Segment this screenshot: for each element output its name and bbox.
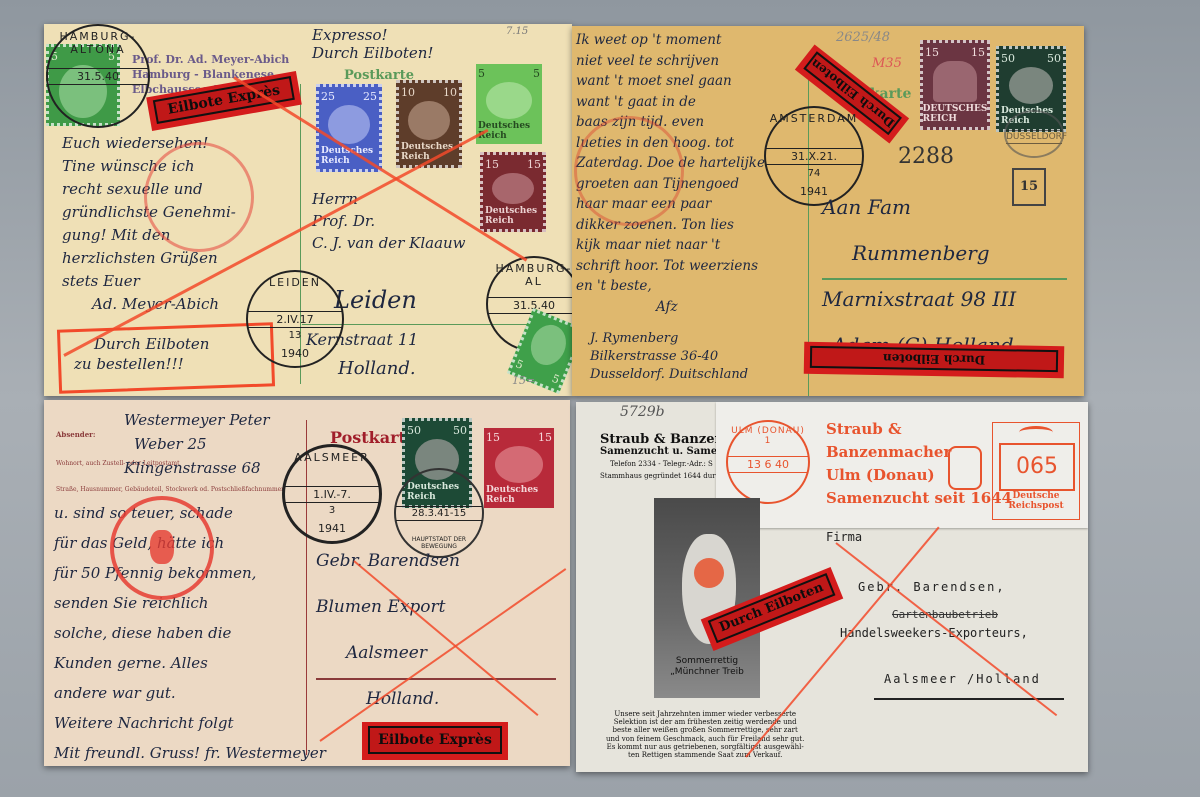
crayon-cross-line bbox=[745, 527, 939, 758]
recipient-city: Leiden bbox=[334, 286, 417, 314]
stamp-15pf-imprinted: 1515 Deutsches Reich bbox=[484, 428, 554, 508]
stamp-15pf-portrait: 1515 DEUTSCHES REICH bbox=[920, 40, 990, 130]
postmark-leiden: LEIDEN 2.IV.17 13 1940 bbox=[246, 270, 344, 368]
street-label: Straße, Hausnummer, Gebäudeteil, Stockwe… bbox=[56, 486, 284, 493]
stamp-25pf: 2525 Deutsches Reich bbox=[316, 84, 382, 172]
postcard-3: Absender: Wohnort, auch Zustell- oder Le… bbox=[44, 400, 570, 766]
postmark-dusseldorf: DÜSSELDORF bbox=[1004, 110, 1064, 158]
recipient-struck-line: Gartenbaubetrieb bbox=[892, 608, 998, 621]
postcard-1: 55 Prof. Dr. Ad. Meyer-Abich Hamburg - B… bbox=[44, 24, 572, 396]
meter-authority: Deutsche Reichspost bbox=[993, 491, 1079, 511]
postcard-2: Postkarte 2625/48 M35 1515 DEUTSCHES REI… bbox=[572, 26, 1084, 396]
recipient-address: Herrn Prof. Dr. C. J. van der Klaauw bbox=[312, 188, 466, 254]
postcard-4: 5729b Straub & Banzenmacher Samenzucht u… bbox=[576, 402, 1088, 772]
meter-amount: 065 bbox=[999, 443, 1075, 491]
postmark-aalsmeer: AALSMEER 1.IV.-7. 3 1941 bbox=[282, 444, 382, 544]
meter-postmark: ULM (DONAU) 1 13 6 40 bbox=[726, 420, 810, 504]
radish-illustration: Sommerrettig „Münchner Treib bbox=[654, 498, 760, 698]
registration-number: 2288 bbox=[898, 144, 954, 169]
recipient-firm-label: Firma bbox=[826, 530, 862, 544]
meter-slogan: Straub & Banzenmacher Ulm (Donau) Samenz… bbox=[826, 418, 1012, 510]
sender-address: Westermeyer Peter Weber 25 Klingenstrass… bbox=[124, 408, 270, 480]
address-underline bbox=[316, 678, 556, 680]
product-description: Unsere seit Jahrzehnten immer wieder ver… bbox=[606, 710, 804, 759]
illustration-caption: Sommerrettig „Münchner Treib bbox=[654, 656, 760, 678]
recipient-country: Holland. bbox=[338, 358, 416, 379]
censor-mark bbox=[110, 496, 214, 600]
stamp-15pf: 1515 Deutsches Reich bbox=[480, 152, 546, 232]
recipient-name: Gebr. Barendsen, bbox=[858, 580, 1006, 594]
handwritten-express-note: Expresso! Durch Eilboten! bbox=[312, 26, 433, 62]
express-label-bottom: Durch Eilboten bbox=[804, 342, 1065, 379]
sender-label: Absender: bbox=[56, 430, 95, 439]
pencil-note: 7.15 bbox=[506, 26, 528, 37]
company-logo-icon bbox=[948, 446, 982, 490]
sender-address: J. Rymenberg Bilkerstrasse 36-40 Dusseld… bbox=[590, 330, 748, 384]
meter-value-frame: 065 Deutsche Reichspost bbox=[992, 422, 1080, 520]
censor-mark bbox=[574, 116, 684, 226]
censor-mark bbox=[144, 142, 254, 252]
pencil-reference: 2625/48 bbox=[836, 30, 890, 45]
stamp-10pf: 1010 Deutsches Reich bbox=[396, 80, 462, 168]
postmark-hamburg-altona: HAMBURG-ALTONA 31.5.40 bbox=[46, 24, 150, 128]
red-pencil-note: M35 bbox=[872, 56, 902, 71]
pencil-note: 5729b bbox=[620, 404, 665, 420]
recipient-business: Handelsweekers-Exporteurs, bbox=[840, 626, 1028, 640]
meter-strip: ULM (DONAU) 1 13 6 40 Straub & Banzenmac… bbox=[716, 402, 1088, 528]
boxed-number: 15 bbox=[1012, 168, 1046, 206]
recipient-address: Aan Fam Rummenberg Marnixstraat 98 III A… bbox=[822, 184, 1016, 368]
pencil-note-2: 15= bbox=[512, 374, 535, 387]
express-label: Eilbote Exprès bbox=[362, 722, 508, 760]
eagle-icon bbox=[1019, 426, 1053, 439]
